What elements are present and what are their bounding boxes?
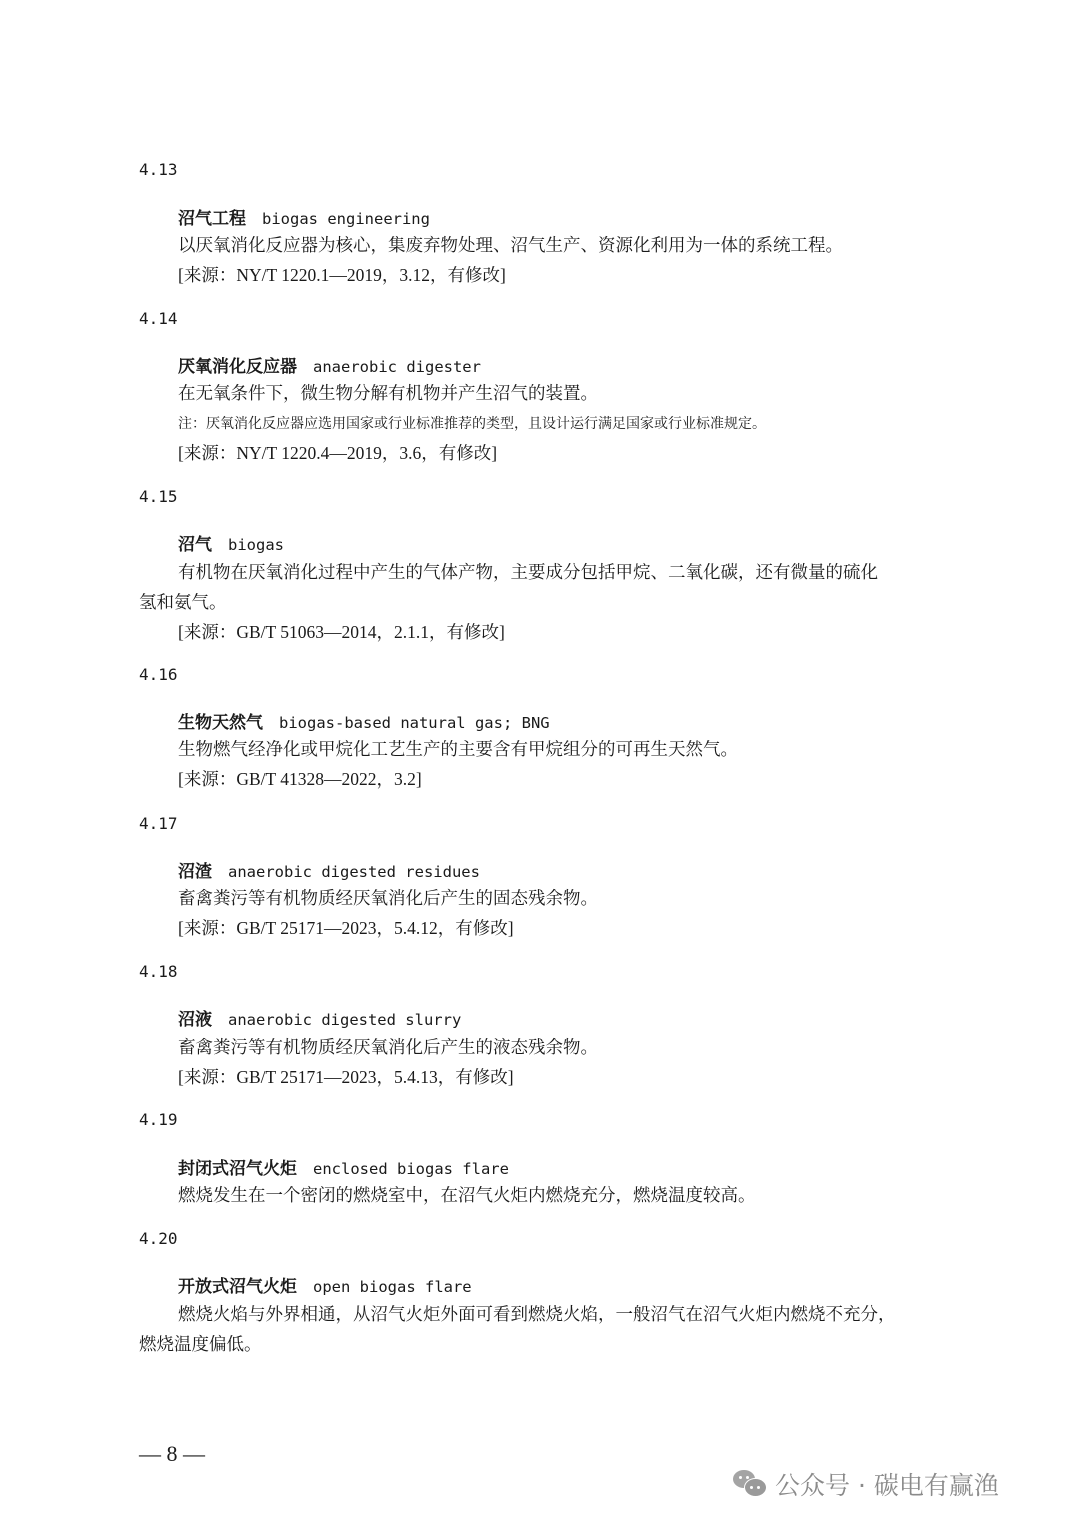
term-en: anaerobic digested slurry xyxy=(228,1011,461,1029)
definition: 燃烧发生在一个密闭的燃烧室中，在沼气火炬内燃烧充分，燃烧温度较高。 xyxy=(178,1182,756,1207)
term-zh: 沼气工程 xyxy=(178,209,246,229)
term-heading: 开放式沼气火炬open biogas flare xyxy=(178,1272,472,1297)
definition: 畜禽粪污等有机物质经厌氧消化后产生的液态残余物。 xyxy=(178,1034,598,1059)
term-zh: 沼渣 xyxy=(178,862,212,882)
source-citation: [来源：GB/T 51063—2014，2.1.1，有修改] xyxy=(178,619,505,644)
clause-number: 4.16 xyxy=(139,665,178,684)
term-zh: 生物天然气 xyxy=(178,713,263,733)
term-en: anaerobic digester xyxy=(313,358,481,376)
clause-number: 4.13 xyxy=(139,160,178,179)
source-citation: [来源：NY/T 1220.1—2019，3.12，有修改] xyxy=(178,262,506,287)
definition: 在无氧条件下，微生物分解有机物并产生沼气的装置。 xyxy=(178,380,598,405)
term-en: open biogas flare xyxy=(313,1278,472,1296)
definition: 畜禽粪污等有机物质经厌氧消化后产生的固态残余物。 xyxy=(178,885,598,910)
term-heading: 封闭式沼气火炬enclosed biogas flare xyxy=(178,1154,509,1179)
definition: 生物燃气经净化或甲烷化工艺生产的主要含有甲烷组分的可再生天然气。 xyxy=(178,736,738,761)
term-zh: 厌氧消化反应器 xyxy=(178,357,297,377)
term-en: biogas-based natural gas; BNG xyxy=(279,714,550,732)
source-citation: [来源：NY/T 1220.4—2019，3.6，有修改] xyxy=(178,440,497,465)
wechat-icon xyxy=(733,1470,767,1498)
clause-number: 4.18 xyxy=(139,962,178,981)
definition: 有机物在厌氧消化过程中产生的气体产物，主要成分包括甲烷、二氧化碳，还有微量的硫化 xyxy=(178,559,878,584)
source-citation: [来源：GB/T 41328—2022，3.2] xyxy=(178,766,422,791)
term-heading: 沼渣anaerobic digested residues xyxy=(178,857,480,882)
term-zh: 开放式沼气火炬 xyxy=(178,1277,297,1297)
source-citation: [来源：GB/T 25171—2023，5.4.13，有修改] xyxy=(178,1064,514,1089)
term-zh: 沼气 xyxy=(178,535,212,555)
clause-number: 4.17 xyxy=(139,814,178,833)
clause-number: 4.20 xyxy=(139,1229,178,1248)
watermark: 公众号 · 碳电有赢渔 xyxy=(733,1466,999,1502)
definition: 以厌氧消化反应器为核心，集废弃物处理、沼气生产、资源化利用为一体的系统工程。 xyxy=(178,232,843,257)
term-heading: 沼气工程biogas engineering xyxy=(178,204,430,229)
document-page: 4.13 沼气工程biogas engineering 以厌氧消化反应器为核心，… xyxy=(0,0,1080,1528)
term-en: enclosed biogas flare xyxy=(313,1160,509,1178)
term-heading: 沼液anaerobic digested slurry xyxy=(178,1005,461,1030)
definition-continued: 燃烧温度偏低。 xyxy=(139,1331,262,1356)
definition: 燃烧火焰与外界相通，从沼气火炬外面可看到燃烧火焰，一般沼气在沼气火炬内燃烧不充分… xyxy=(178,1301,896,1326)
definition-continued: 氢和氨气。 xyxy=(139,589,227,614)
term-heading: 厌氧消化反应器anaerobic digester xyxy=(178,352,481,377)
term-en: anaerobic digested residues xyxy=(228,863,480,881)
watermark-text: 公众号 · 碳电有赢渔 xyxy=(775,1466,999,1502)
term-zh: 封闭式沼气火炬 xyxy=(178,1159,297,1179)
clause-number: 4.14 xyxy=(139,309,178,328)
clause-number: 4.15 xyxy=(139,487,178,506)
page-number: — 8 — xyxy=(139,1441,205,1467)
note: 注：厌氧消化反应器应选用国家或行业标准推荐的类型，且设计运行满足国家或行业标准规… xyxy=(178,413,766,433)
source-citation: [来源：GB/T 25171—2023，5.4.12，有修改] xyxy=(178,915,514,940)
term-zh: 沼液 xyxy=(178,1010,212,1030)
term-en: biogas xyxy=(228,536,284,554)
clause-number: 4.19 xyxy=(139,1110,178,1129)
term-heading: 生物天然气biogas-based natural gas; BNG xyxy=(178,708,550,733)
term-en: biogas engineering xyxy=(262,210,430,228)
term-heading: 沼气biogas xyxy=(178,530,284,555)
